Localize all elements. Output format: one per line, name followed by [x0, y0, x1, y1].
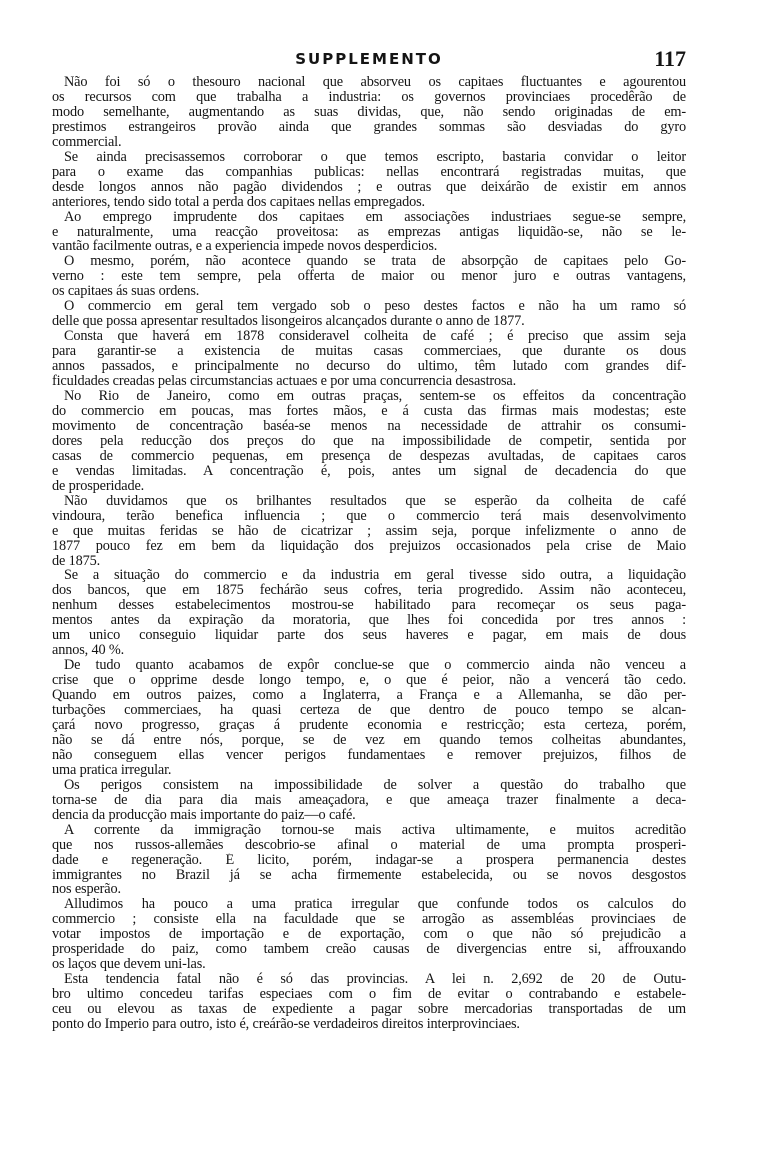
paragraph: De tudo quanto acabamos de expôr conclue… [52, 658, 686, 778]
text-line: commercial. [52, 135, 686, 150]
text-line: modo semelhante, augmentando as suas div… [52, 105, 686, 120]
text-line: prestimos estrangeiros provão ainda que … [52, 120, 686, 135]
text-line: de 1875. [52, 554, 686, 569]
paragraph: O mesmo, porém, não acontece quando se t… [52, 254, 686, 299]
paragraph: Se a situação do commercio e da industri… [52, 568, 686, 658]
paragraph: Esta tendencia fatal não é só das provin… [52, 972, 686, 1032]
page-header: SUPPLEMENTO 117 [52, 46, 686, 72]
document-page: SUPPLEMENTO 117 Não foi só o thesouro na… [52, 46, 686, 1032]
text-line: commercio ; consiste ella na faculdade q… [52, 912, 686, 927]
text-line: immigrantes no Brazil já se acha firmeme… [52, 868, 686, 883]
text-line: os recursos com que trabalha a industria… [52, 90, 686, 105]
text-line: os capitaes ás suas ordens. [52, 284, 686, 299]
text-line: Ao emprego imprudente dos capitaes em as… [52, 210, 686, 225]
paragraph: Os perigos consistem na impossibilidade … [52, 778, 686, 823]
text-line: Se ainda precisassemos corroborar o que … [52, 150, 686, 165]
text-line: delle que possa apresentar resultados li… [52, 314, 686, 329]
text-line: e que muitas feridas se hão de cicatriza… [52, 524, 686, 539]
text-line: dade e regeneração. É licito, porém, ind… [52, 853, 686, 868]
text-line: Se a situação do commercio e da industri… [52, 568, 686, 583]
text-line: para o exame das companhias publicas: ne… [52, 165, 686, 180]
text-line: torna-se de dia para dia mais ameaçadora… [52, 793, 686, 808]
text-line: anteriores, tendo sido total a perda dos… [52, 195, 686, 210]
text-line: os laços que devem uni-las. [52, 957, 686, 972]
text-line: ponto do Imperio para outro, isto é, cre… [52, 1017, 686, 1032]
text-line: e naturalmente, uma reacção proveitosa: … [52, 225, 686, 240]
text-line: desde longos annos não pagão dividendos … [52, 180, 686, 195]
paragraph: Consta que haverá em 1878 consideravel c… [52, 329, 686, 389]
paragraph: O commercio em geral tem vergado sob o p… [52, 299, 686, 329]
paragraph: Não foi só o thesouro nacional que absor… [52, 75, 686, 150]
text-line: Esta tendencia fatal não é só das provin… [52, 972, 686, 987]
text-line: O mesmo, porém, não acontece quando se t… [52, 254, 686, 269]
text-line: que nos russos-allemães descobrio-se afi… [52, 838, 686, 853]
text-line: uma pratica irregular. [52, 763, 686, 778]
text-line: çará novo progresso, graças á prudente e… [52, 718, 686, 733]
text-line: O commercio em geral tem vergado sob o p… [52, 299, 686, 314]
paragraph: Alludimos ha pouco a uma pratica irregul… [52, 897, 686, 972]
text-line: dores pela reducção dos preços do que na… [52, 434, 686, 449]
text-line: casas de commercio pequenas, em presença… [52, 449, 686, 464]
text-line: dencia da producção mais importante do p… [52, 808, 686, 823]
text-line: crise que o opprime desde longo tempo, e… [52, 673, 686, 688]
page-number: 117 [654, 46, 686, 72]
text-line: 1877 pouco fez em bem da liquidação dos … [52, 539, 686, 554]
text-line: mentos antes da expiração da moratoria, … [52, 613, 686, 628]
text-line: nenhum desses estabelecimentos mostrou-s… [52, 598, 686, 613]
text-line: turbações commerciaes, ha quasi certeza … [52, 703, 686, 718]
paragraph: No Rio de Janeiro, como em outras praças… [52, 389, 686, 494]
text-line: ficuldades creadas pelas circumstancias … [52, 374, 686, 389]
paragraph: A corrente da immigração tornou-se mais … [52, 823, 686, 898]
text-line: No Rio de Janeiro, como em outras praças… [52, 389, 686, 404]
text-line: bro ultimo concedeu tarifas especiaes co… [52, 987, 686, 1002]
text-line: De tudo quanto acabamos de expôr conclue… [52, 658, 686, 673]
paragraph: Não duvidamos que os brilhantes resultad… [52, 494, 686, 569]
text-line: votar impostos de importação e de export… [52, 927, 686, 942]
text-line: Os perigos consistem na impossibilidade … [52, 778, 686, 793]
text-line: verno : este tem sempre, pela offerta de… [52, 269, 686, 284]
text-line: do commercio em poucas, mas fortes mãos,… [52, 404, 686, 419]
text-line: para garantir-se a existencia de muitas … [52, 344, 686, 359]
text-line: vindoura, terão benefica influencia ; qu… [52, 509, 686, 524]
text-line: um unico conseguio liquidar parte dos se… [52, 628, 686, 643]
text-line: ceu ou elevou as taxas de expediente a p… [52, 1002, 686, 1017]
text-line: nos esperão. [52, 882, 686, 897]
text-line: não conseguem ellas vencer perigos funda… [52, 748, 686, 763]
text-line: Não foi só o thesouro nacional que absor… [52, 75, 686, 90]
text-line: movimento de concentração baséa-se menos… [52, 419, 686, 434]
text-line: não se dá entre nós, porque, se de vez e… [52, 733, 686, 748]
text-line: de prosperidade. [52, 479, 686, 494]
text-line: prosperidade do paiz, como tambem creão … [52, 942, 686, 957]
text-line: Consta que haverá em 1878 consideravel c… [52, 329, 686, 344]
paragraph: Se ainda precisassemos corroborar o que … [52, 150, 686, 210]
text-line: Alludimos ha pouco a uma pratica irregul… [52, 897, 686, 912]
text-line: annos, 40 %. [52, 643, 686, 658]
running-title: SUPPLEMENTO [52, 50, 686, 68]
text-line: e vendas limitadas. A concentração é, po… [52, 464, 686, 479]
text-line: Não duvidamos que os brilhantes resultad… [52, 494, 686, 509]
text-line: annos passados, e principalmente no decu… [52, 359, 686, 374]
text-line: dos bancos, que em 1875 fechárão seus co… [52, 583, 686, 598]
body-text: Não foi só o thesouro nacional que absor… [52, 75, 686, 1032]
paragraph: Ao emprego imprudente dos capitaes em as… [52, 210, 686, 255]
text-line: A corrente da immigração tornou-se mais … [52, 823, 686, 838]
text-line: Quando em outros paizes, como a Inglater… [52, 688, 686, 703]
text-line: vantão facilmente outras, e a experienci… [52, 239, 686, 254]
